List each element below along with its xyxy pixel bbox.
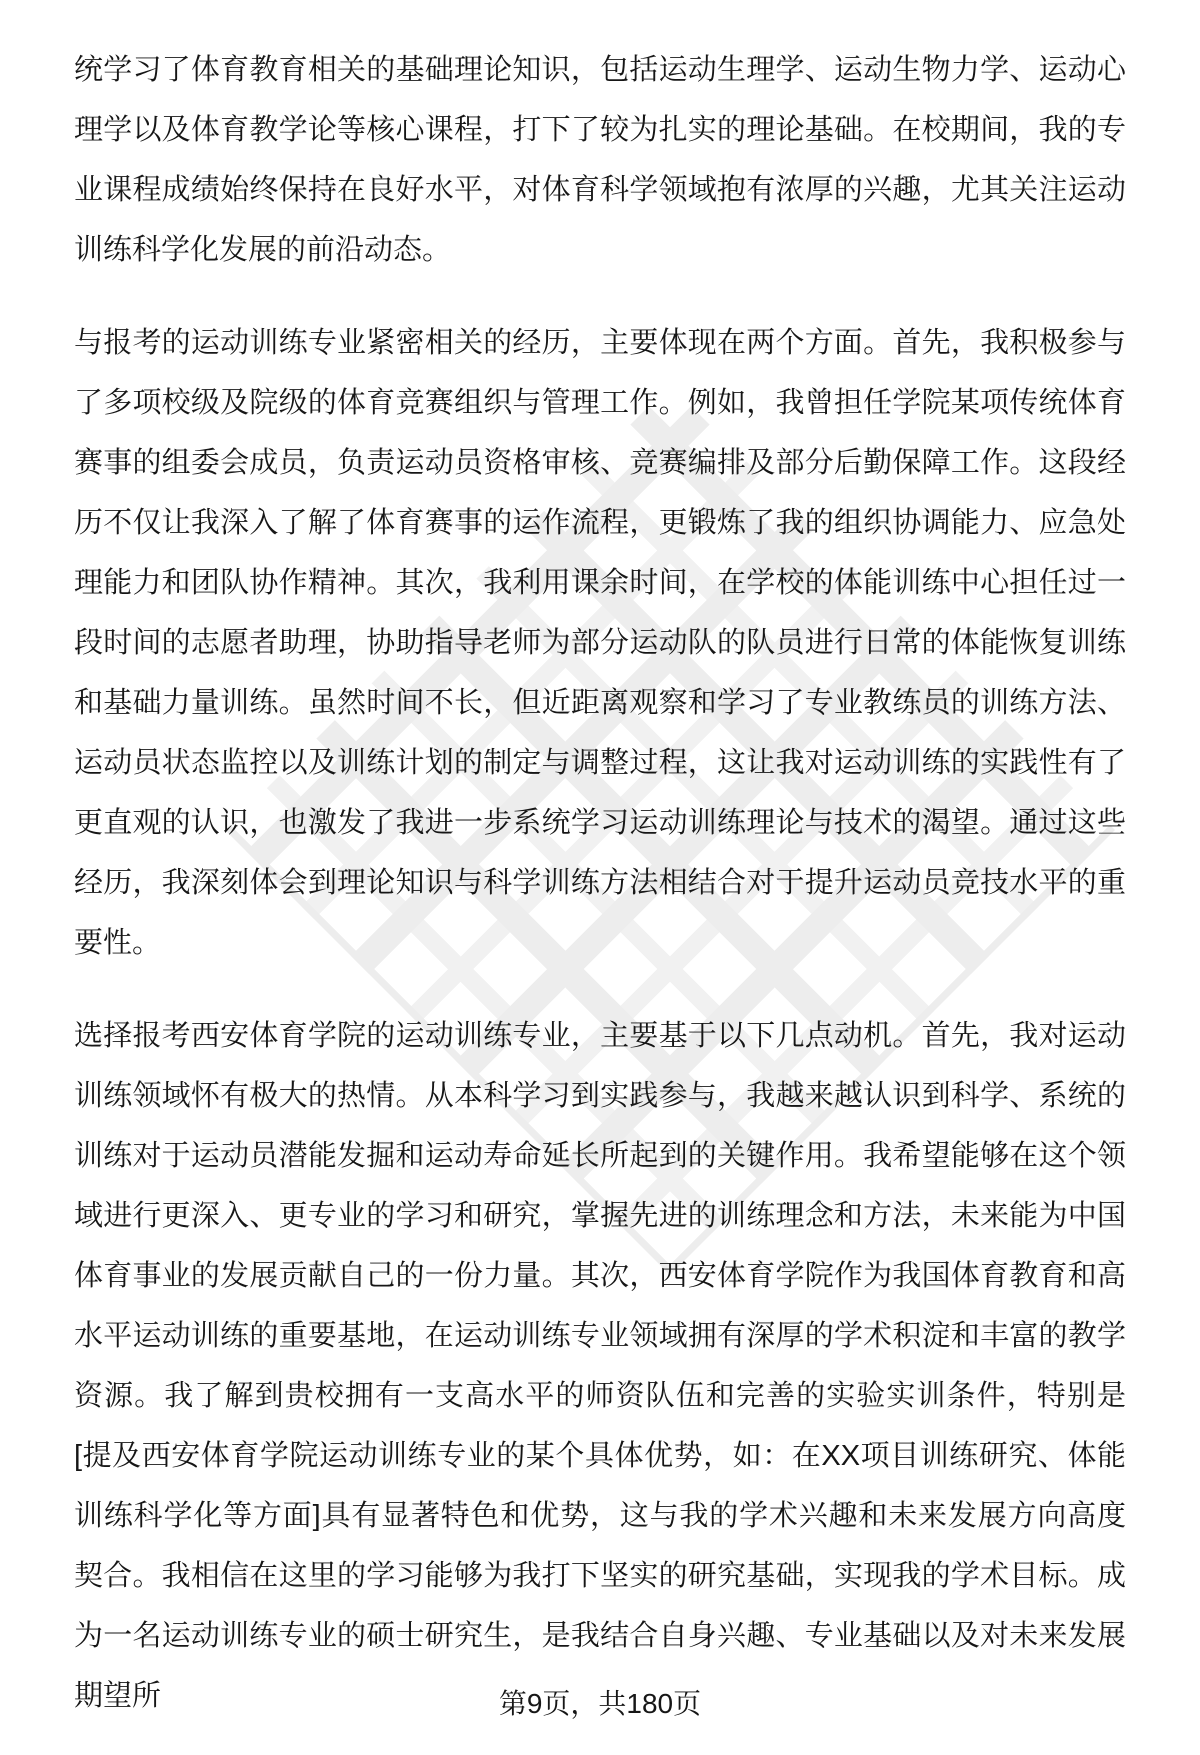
page-number-footer: 第9页，共180页 [0,1682,1200,1722]
document-page: { "document": { "language": "zh-CN", "ba… [0,0,1200,1755]
paragraph-2: 与报考的运动训练专业紧密相关的经历，主要体现在两个方面。首先，我积极参与了多项校… [74,313,1126,973]
paragraph-3: 选择报考西安体育学院的运动训练专业，主要基于以下几点动机。首先，我对运动训练领域… [74,1006,1126,1726]
paragraph-1: 统学习了体育教育相关的基础理论知识，包括运动生理学、运动生物力学、运动心理学以及… [74,40,1126,280]
document-text: 统学习了体育教育相关的基础理论知识，包括运动生理学、运动生物力学、运动心理学以及… [74,40,1126,1755]
